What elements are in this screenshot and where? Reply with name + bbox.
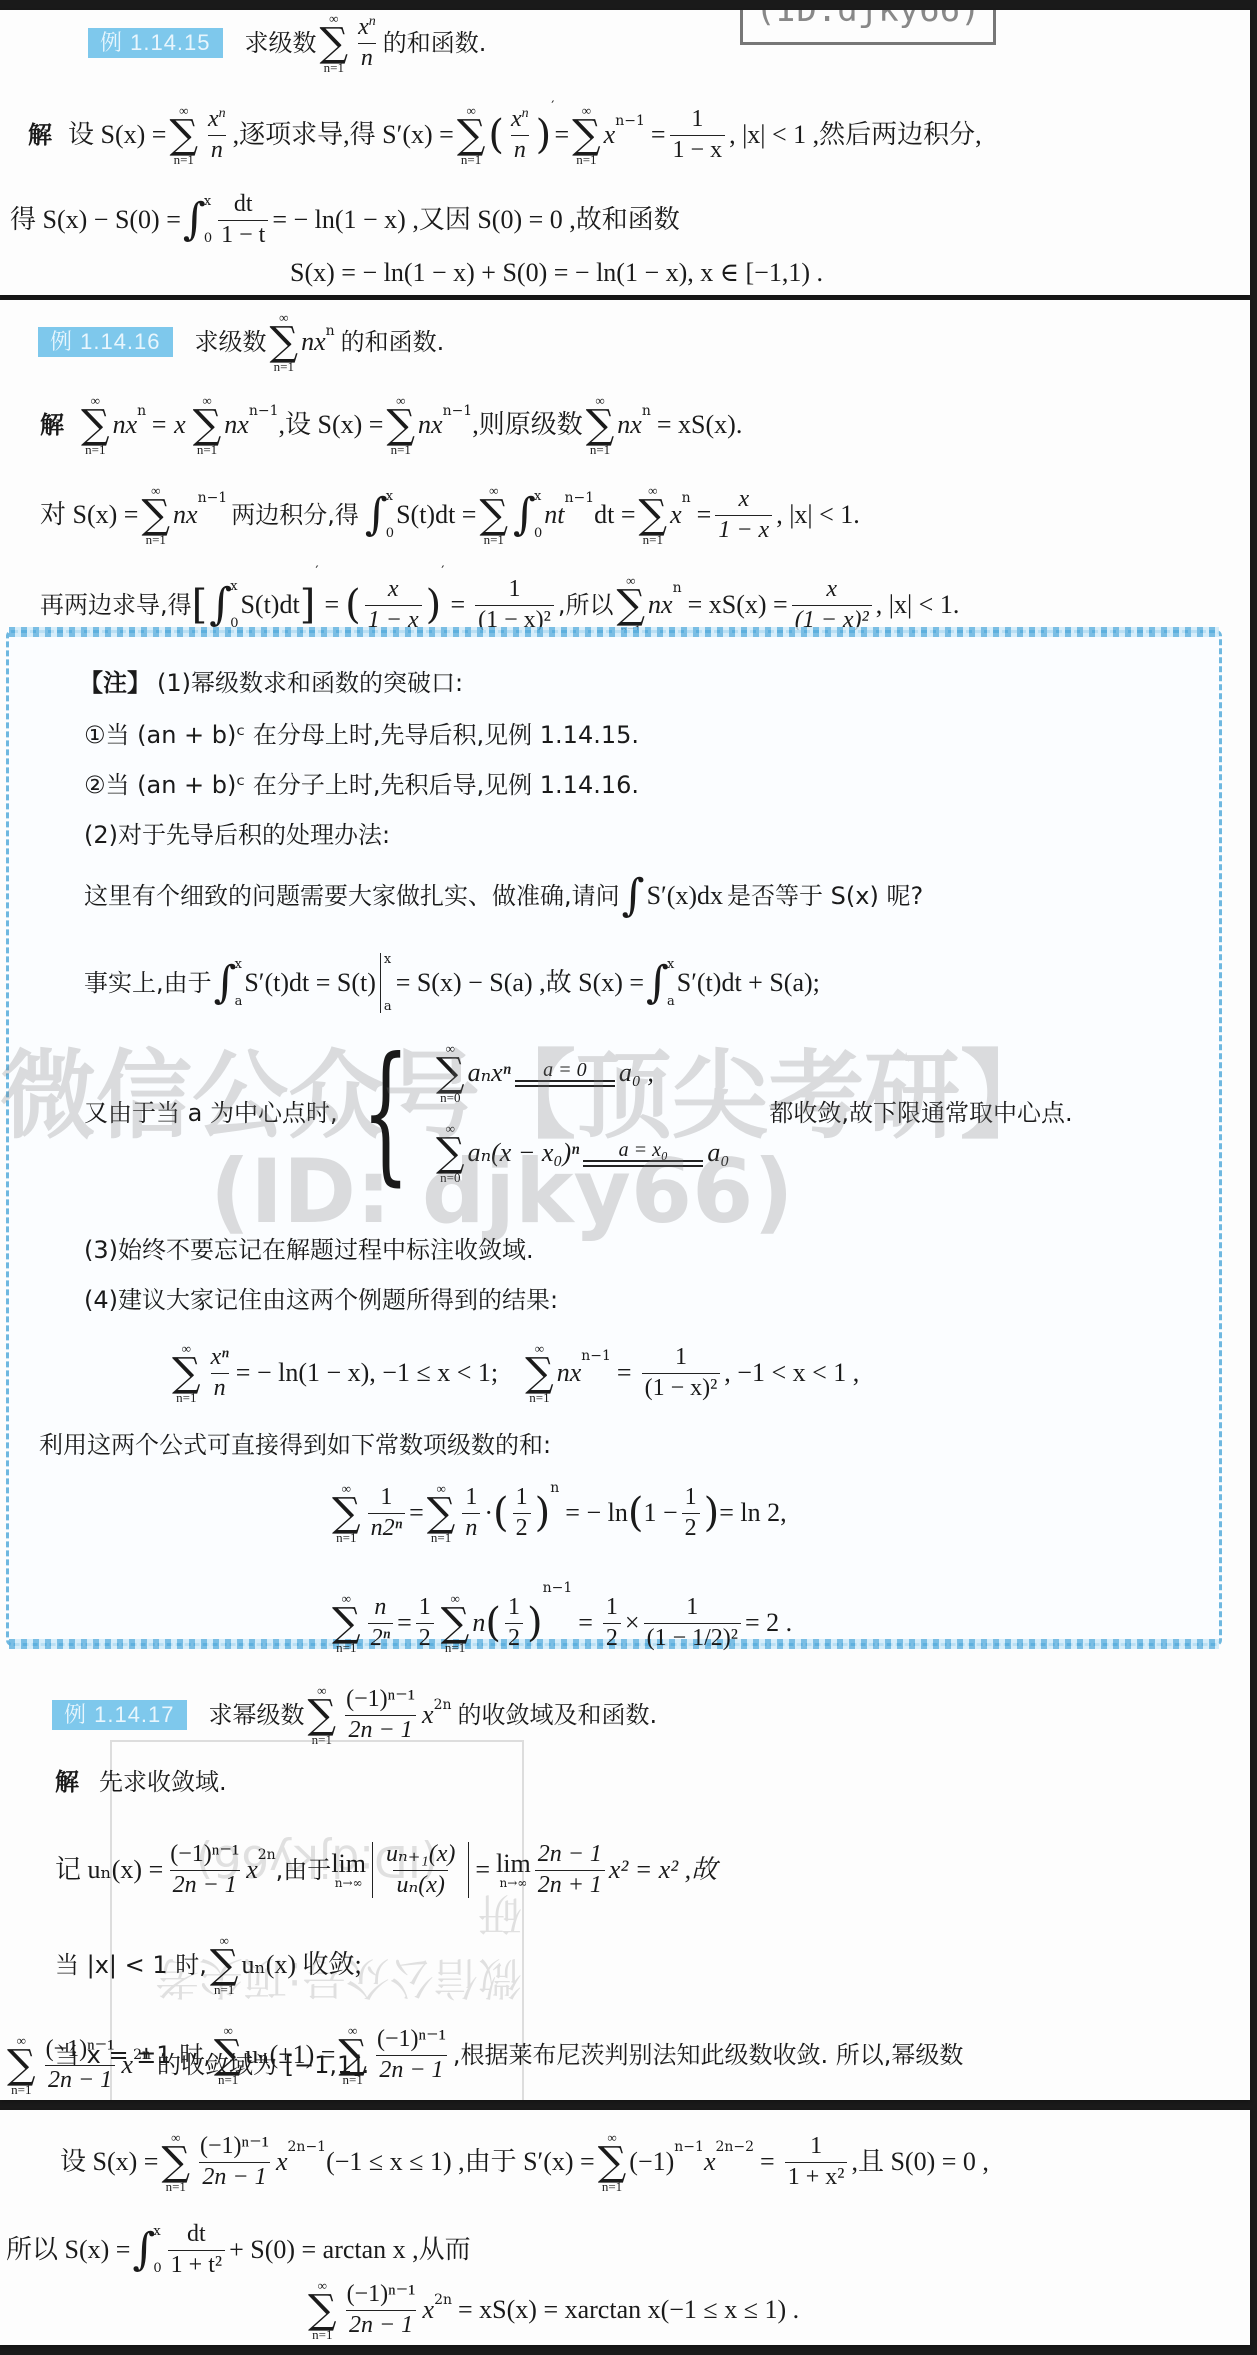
- note-fact: 事实上,由于 ∫xa S′(t)dt = S(t) xa = S(x) − S(…: [84, 948, 820, 1018]
- example-16-solution-line-2: 对 S(x) = ∞∑n=1 nxn−1 两边积分,得 ∫x0 S(t)dt =…: [40, 475, 860, 555]
- example-16-solution-line-1: 解 ∞∑n=1 nxn = x ∞∑n=1 nxn−1 ,设 S(x) = ∞∑…: [40, 390, 742, 460]
- example-15-result: S(x) = − ln(1 − x) + S(0) = − ln(1 − x),…: [290, 260, 823, 286]
- example-17-domain: ∞∑n=1 (−1)ⁿ⁻¹2n − 1 x2n 的收敛域为 [−1,1].: [4, 2030, 369, 2100]
- example-17-sum-setup: 设 S(x) = ∞∑n=1 (−1)ⁿ⁻¹2n − 1 x2n−1 (−1 ≤…: [60, 2122, 989, 2202]
- note-question: 这里有个细致的问题需要大家做扎实、做准确,请问 ∫ S′(x)dx 是否等于 S…: [84, 871, 923, 921]
- note-title: 【注】: [79, 671, 151, 695]
- note-center-point: 又由于当 a 为中心点时, { ∞∑n=0 aₙxⁿ a = 0 a₀ , ∞∑…: [84, 1033, 1073, 1193]
- solution-label: 解: [55, 1770, 79, 1794]
- note-key-results: ∞∑n=1 xⁿn = − ln(1 − x), −1 ≤ x < 1; ∞∑n…: [169, 1333, 859, 1413]
- solution-label: 解: [40, 413, 64, 437]
- sum-operator: ∞∑n=1: [169, 104, 198, 166]
- note-item-3: (3)始终不要忘记在解题过程中标注收敛域.: [84, 1238, 534, 1262]
- example-17-ratio-test: 记 uₙ(x) = (−1)ⁿ⁻¹2n − 1 x2n ,由于 limn→∞ u…: [55, 1830, 717, 1910]
- page-section-example-1-14-16-and-notes: 例 1.14.16 求级数 ∞∑n=1 nxn 的和函数. 解 ∞∑n=1 nx…: [0, 300, 1250, 2100]
- note-item-1b: ②当 (an + b)ᶜ 在分子上时,先积后导,见例 1.14.16.: [84, 773, 639, 797]
- example-15-solution-line-2: 得 S(x) − S(0) = ∫x0 dt1 − t = − ln(1 − x…: [10, 190, 680, 250]
- note-item-1: 【注】 (1)幂级数求和函数的突破口:: [79, 671, 463, 695]
- page-section-example-1-14-17-sum: 设 S(x) = ∞∑n=1 (−1)ⁿ⁻¹2n − 1 x2n−1 (−1 ≤…: [0, 2110, 1250, 2345]
- watermark-stamp: (ID:djky66): [740, 10, 996, 45]
- note-item-4: (4)建议大家记住由这两个例题所得到的结果:: [84, 1288, 558, 1312]
- note-item-1a: ①当 (an + b)ᶜ 在分母上时,先导后积,见例 1.14.15.: [84, 723, 639, 747]
- example-17-final-result: ∞∑n=1 (−1)ⁿ⁻¹2n − 1 x2n = xS(x) = xarcta…: [305, 2275, 799, 2345]
- example-16-prompt: 例 1.14.16 求级数 ∞∑n=1 nxn 的和函数.: [38, 312, 444, 372]
- page-section-example-1-14-15: (ID:djky66) 例 1.14.15 求级数 ∞∑n=1 xnn 的和函数…: [0, 10, 1250, 295]
- example-badge: 例 1.14.15: [88, 28, 223, 58]
- example-17-solution-start: 解 先求收敛域.: [55, 1770, 227, 1794]
- example-badge: 例 1.14.16: [38, 327, 173, 357]
- note-box: 【注】 (1)幂级数求和函数的突破口: ①当 (an + b)ᶜ 在分母上时,先…: [6, 630, 1222, 1646]
- example-badge: 例 1.14.17: [52, 1700, 187, 1730]
- fraction: xnn: [355, 15, 379, 70]
- note-use-line: 利用这两个公式可直接得到如下常数项级数的和:: [39, 1433, 551, 1457]
- note-item-2: (2)对于先导后积的处理办法:: [84, 823, 390, 847]
- note-constant-sum-2: ∞∑n=1 n2ⁿ = 12 ∞∑n=1 n (12)n−1 = 12 × 1(…: [329, 1573, 792, 1673]
- example-15-solution-line-1: 解 设 S(x) = ∞∑n=1 xnn ,逐项求导,得 S′(x) = ∞∑n…: [28, 100, 982, 170]
- example-15-prompt: 例 1.14.15 求级数 ∞∑n=1 xnn 的和函数.: [88, 18, 486, 68]
- integral-operator: ∫x0: [183, 195, 212, 245]
- example-17-interior: 当 |x| < 1 时, ∞∑n=1 uₙ(x) 收敛;: [55, 1935, 362, 1995]
- wavy-border-top: [9, 627, 1219, 637]
- note-constant-sum-1: ∞∑n=1 1n2ⁿ = ∞∑n=1 1n · (12)n = − ln (1 …: [329, 1473, 787, 1553]
- solution-label: 解: [28, 123, 52, 147]
- sum-operator: ∞∑n=1: [320, 12, 349, 74]
